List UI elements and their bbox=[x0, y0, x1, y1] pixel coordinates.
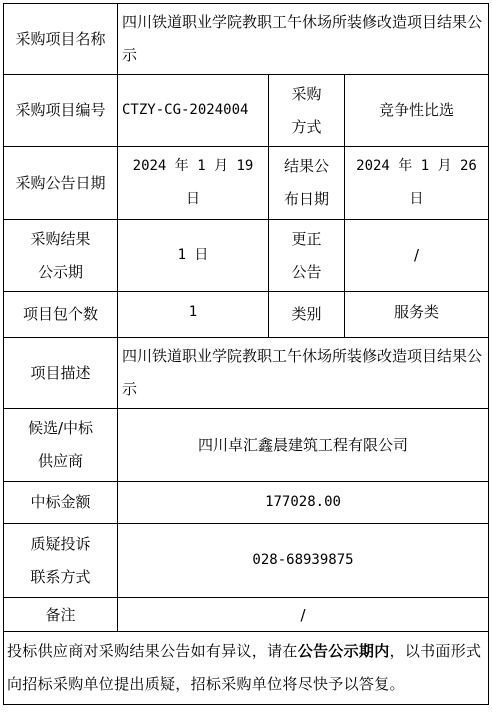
label-project-name: 采购项目名称 bbox=[3, 3, 118, 75]
label-description: 项目描述 bbox=[3, 337, 118, 409]
label-contact: 质疑投诉联系方式 bbox=[3, 523, 118, 598]
label-category: 类别 bbox=[268, 291, 345, 338]
value-contact: 028-68939875 bbox=[117, 523, 489, 598]
value-text: 竞争性比选 bbox=[379, 94, 454, 127]
value-remark: / bbox=[117, 597, 489, 632]
value-text: CTZY-CG-2024004 bbox=[122, 94, 248, 127]
value-correction-notice: / bbox=[344, 219, 489, 292]
label-result-date: 结果公布日期 bbox=[268, 146, 345, 220]
value-category: 服务类 bbox=[344, 291, 489, 338]
value-text: 四川卓汇鑫晨建筑工程有限公司 bbox=[198, 429, 408, 462]
label-amount: 中标金额 bbox=[3, 481, 118, 524]
value-procurement-method: 竞争性比选 bbox=[344, 74, 489, 147]
label-remark: 备注 bbox=[3, 597, 118, 632]
notice-part1: 投标供应商对采购结果公告如有异议，请在 bbox=[7, 642, 298, 660]
value-description: 四川铁道职业学院教职工午休场所装修改造项目结果公示 bbox=[117, 337, 489, 409]
value-text: 服务类 bbox=[394, 296, 439, 329]
label-text: 候选/中标供应商 bbox=[22, 412, 99, 478]
value-text: / bbox=[300, 600, 305, 630]
label-text: 采购项目名称 bbox=[15, 23, 105, 56]
notice-bold: 公告公示期内 bbox=[298, 642, 390, 660]
label-text: 质疑投诉联系方式 bbox=[30, 528, 91, 594]
label-text: 类别 bbox=[291, 298, 321, 331]
value-package-count: 1 bbox=[117, 291, 269, 338]
value-text: 1 bbox=[189, 296, 197, 329]
label-text: 采购公告日期 bbox=[15, 167, 105, 200]
label-project-no: 采购项目编号 bbox=[3, 74, 118, 147]
label-procurement-method: 采购方式 bbox=[268, 74, 345, 147]
value-text: 2024 年 1 月 26 日 bbox=[349, 150, 484, 216]
label-supplier: 候选/中标供应商 bbox=[3, 408, 118, 482]
label-correction-notice: 更正公告 bbox=[268, 219, 345, 292]
label-text: 更正公告 bbox=[287, 223, 326, 289]
value-project-no: CTZY-CG-2024004 bbox=[117, 74, 269, 147]
value-text: 四川铁道职业学院教职工午休场所装修改造项目结果公示 bbox=[122, 6, 484, 72]
label-text: 采购项目编号 bbox=[15, 94, 105, 127]
value-project-name: 四川铁道职业学院教职工午休场所装修改造项目结果公示 bbox=[117, 3, 489, 75]
label-text: 项目描述 bbox=[30, 357, 90, 390]
value-amount: 177028.00 bbox=[117, 481, 489, 524]
notice-text: 投标供应商对采购结果公告如有异议，请在公告公示期内，以书面形式向招标采购单位提出… bbox=[7, 635, 485, 701]
value-result-date: 2024 年 1 月 26 日 bbox=[344, 146, 489, 220]
value-text: 四川铁道职业学院教职工午休场所装修改造项目结果公示 bbox=[122, 340, 484, 406]
label-text: 中标金额 bbox=[30, 486, 90, 519]
label-text: 采购结果公示期 bbox=[30, 223, 91, 289]
value-result-period: 1 日 bbox=[117, 219, 269, 292]
value-text: 177028.00 bbox=[265, 486, 341, 519]
value-announce-date: 2024 年 1 月 19 日 bbox=[117, 146, 269, 220]
label-text: 结果公布日期 bbox=[278, 150, 335, 216]
label-text: 采购方式 bbox=[287, 78, 326, 144]
value-text: 028-68939875 bbox=[252, 544, 353, 577]
label-result-period: 采购结果公示期 bbox=[3, 219, 118, 292]
objection-notice: 投标供应商对采购结果公告如有异议，请在公告公示期内，以书面形式向招标采购单位提出… bbox=[3, 631, 489, 705]
label-text: 备注 bbox=[45, 600, 75, 630]
procurement-result-table: 采购项目名称 四川铁道职业学院教职工午休场所装修改造项目结果公示 采购项目编号 … bbox=[3, 3, 489, 705]
value-text: / bbox=[414, 239, 419, 272]
value-supplier: 四川卓汇鑫晨建筑工程有限公司 bbox=[117, 408, 489, 482]
label-package-count: 项目包个数 bbox=[3, 291, 118, 338]
value-text: 1 日 bbox=[178, 239, 209, 272]
label-announce-date: 采购公告日期 bbox=[3, 146, 118, 220]
value-text: 2024 年 1 月 19 日 bbox=[122, 150, 264, 216]
label-text: 项目包个数 bbox=[23, 298, 98, 331]
